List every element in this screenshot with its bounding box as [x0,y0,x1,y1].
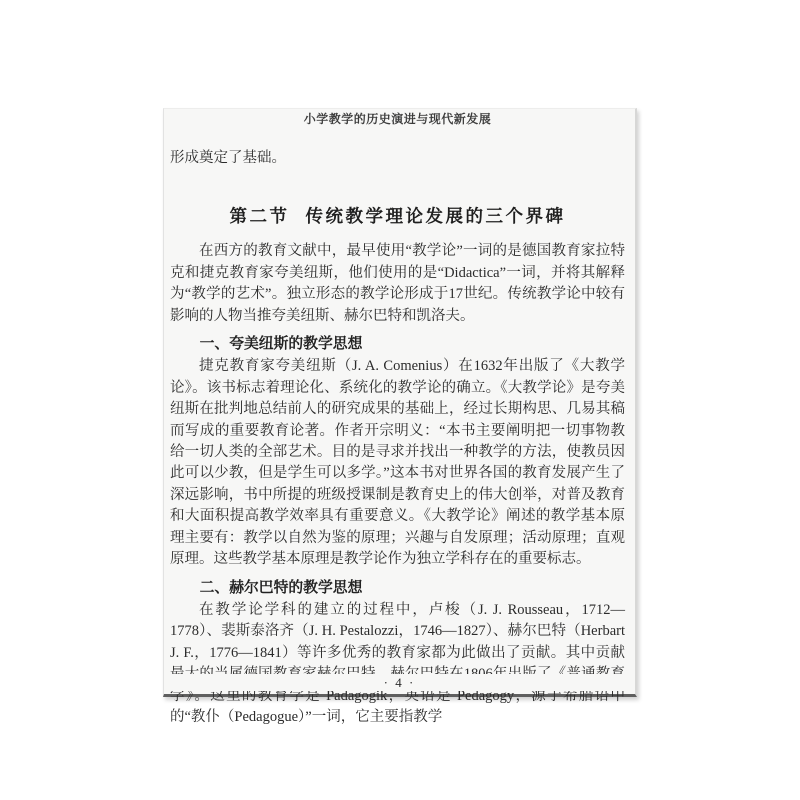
subsection-1-heading: 一、夸美纽斯的教学思想 [170,334,625,355]
book-page: 小学教学的历史演进与现代新发展 形成奠定了基础。 第二节传统教学理论发展的三个界… [163,108,637,697]
section-heading: 第二节传统教学理论发展的三个界碑 [170,204,625,228]
section-title: 传统教学理论发展的三个界碑 [306,206,566,226]
scan-background: 小学教学的历史演进与现代新发展 形成奠定了基础。 第二节传统教学理论发展的三个界… [0,0,800,800]
subsection-2-paragraph: 在教学论学科的建立的过程中，卢梭（J. J. Rousseau，1712—177… [170,600,625,728]
running-header: 小学教学的历史演进与现代新发展 [170,112,625,127]
section-number-label: 第二节 [230,206,290,226]
subsection-1-paragraph: 捷克教育家夸美纽斯（J. A. Comenius）在1632年出版了《大教学论》… [170,356,625,570]
intro-paragraph: 在西方的教育文献中，最早使用“教学论”一词的是德国教育家拉特克和捷克教育家夸美纽… [170,241,625,327]
page-number: · 4 · [164,674,635,691]
carryover-text-line: 形成奠定了基础。 [170,148,625,169]
subsection-2-heading: 二、赫尔巴特的教学思想 [170,578,625,599]
